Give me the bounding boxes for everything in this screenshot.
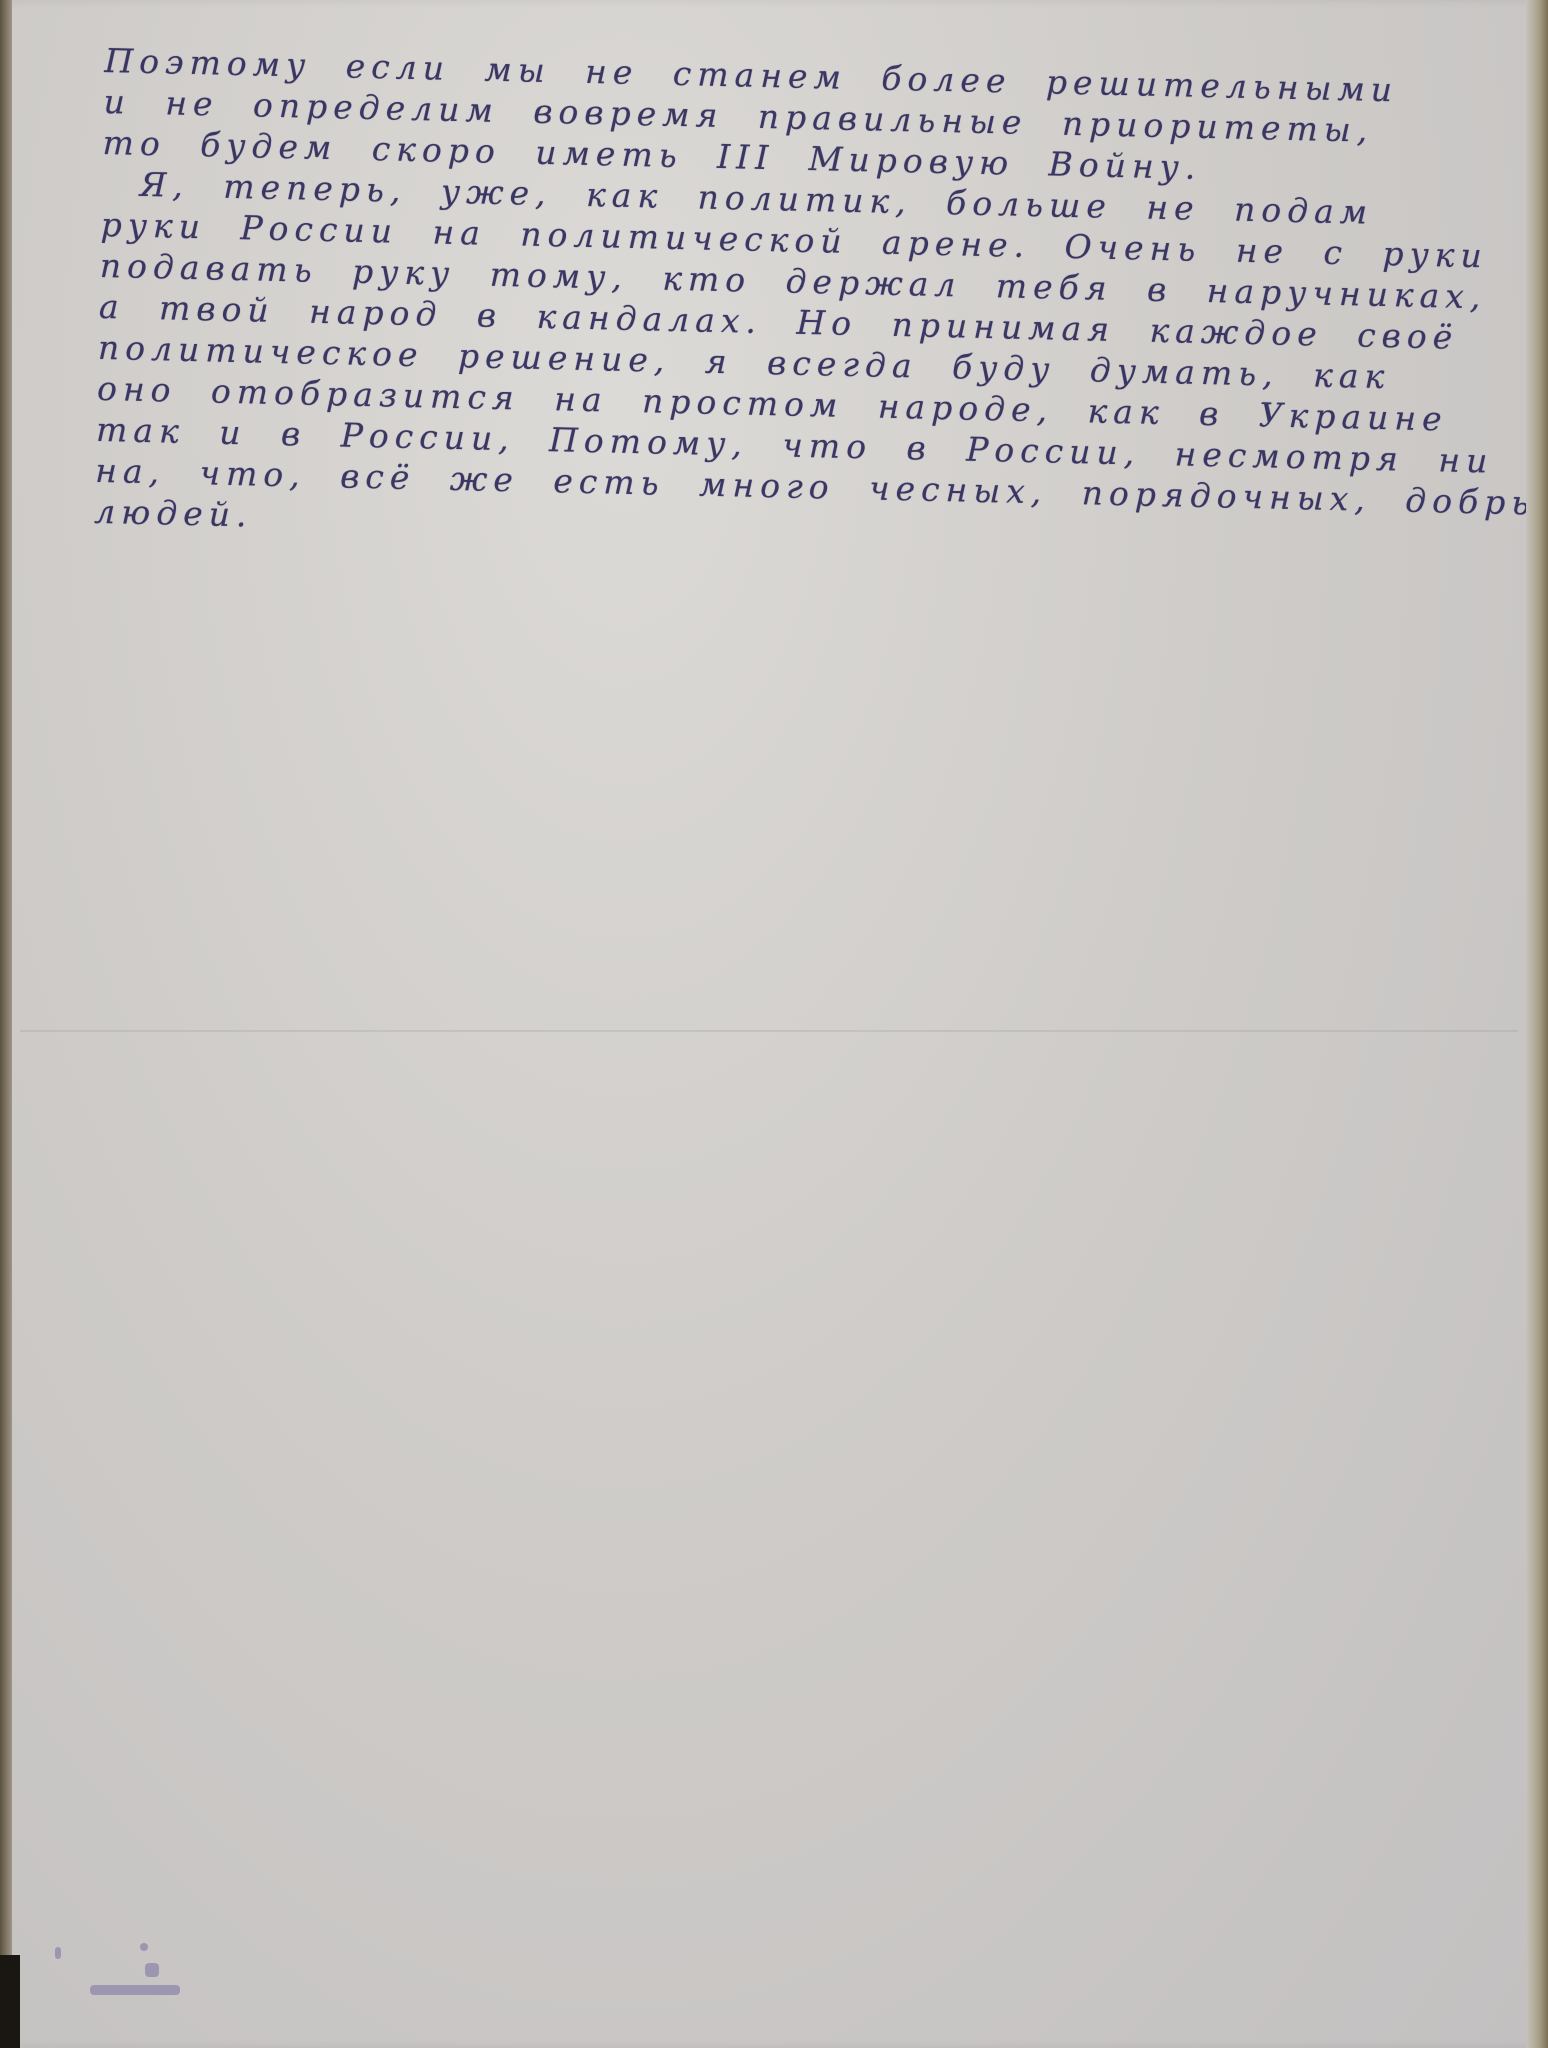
paper-sheet: Поэтому если мы не станем более решитель…: [10, 0, 1540, 2048]
shadow-corner: [0, 1955, 20, 2048]
photo-background: Поэтому если мы не станем более решитель…: [0, 0, 1548, 2048]
letter-body: Поэтому если мы не станем более решитель…: [94, 40, 1525, 564]
paper-edge-right: [1526, 0, 1548, 2048]
paper-fold: [20, 1030, 1518, 1032]
ink-smudge-mark: [45, 1935, 185, 2005]
paper-edge-left: [0, 0, 12, 2048]
